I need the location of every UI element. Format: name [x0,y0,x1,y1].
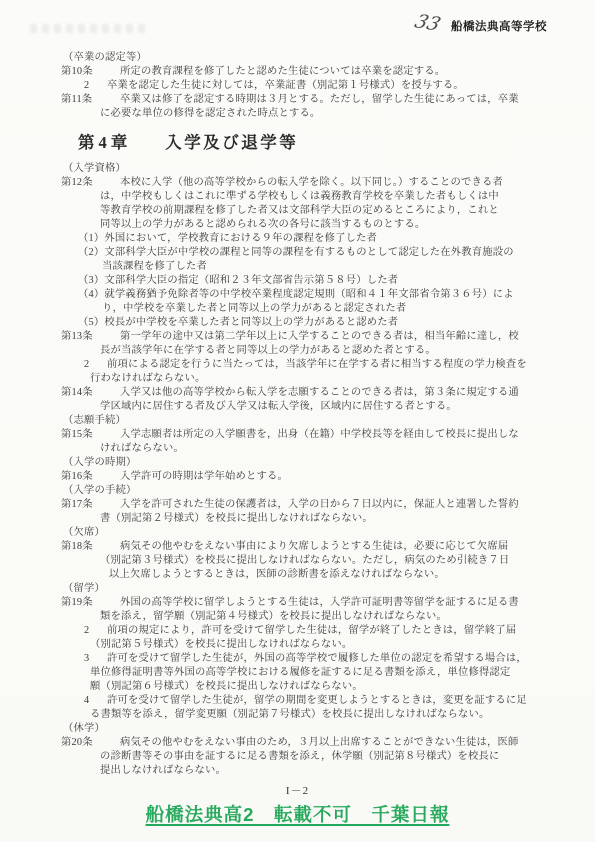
document-line: （4）就学義務猶予免除者等の中学校卒業程度認定規則（昭和４１年文部省令第３６号）… [0,288,595,302]
section-label: （卒業の認定等） [0,51,595,65]
page-number: I－2 [0,785,595,798]
article-number: 第19条 [61,596,120,610]
document-line: に必要な単位の修得を認定された時点とする。 [0,107,595,121]
page-header: 33 船橋法典高等学校 [415,14,547,35]
chapter-number: 第4章 [78,133,131,152]
chapter-title: 入学及び退学等 [165,133,298,152]
article-text: 前項による認定を行うに当たっては，当該学年に在学する者に相当する程度の学力検査を [107,359,527,370]
document-line: 学区域内に居住する者及び入学又は転入学後，区域内に居住する者とする。 [0,400,595,414]
document-line: （3）文部科学大臣の指定（昭和２３年文部省告示第５８号）した者 [0,274,595,288]
document-line: （5）校長が中学校を卒業した者と同等以上の学力があると認めた者 [0,316,595,330]
section-label: （休学） [0,722,595,736]
article-number: 第11条 [61,93,120,107]
document-line: 第18条病気その他やむをえない事由により欠席しようとする生徒は，必要に応じて欠席… [0,540,595,554]
document-line: 書（別記第２号様式）を校長に提出しなければならない。 [0,512,595,526]
document-line: 第11条卒業又は修了を認定する時期は３月とする。ただし，留学した生徒にあっては，… [0,93,595,107]
document-line: 第12条本校に入学（他の高等学校からの転入学を除く。以下同じ。）することのできる… [0,176,595,190]
article-text: 外国の高等学校に留学しようとする生徒は，入学許可証明書等留学を証するに足る書 [120,597,519,608]
document-line: 第17条入学を許可された生徒の保護者は，入学の日から７日以内に，保証人と連署した… [0,498,595,512]
scan-artifact [30,24,148,33]
article-number: 第13条 [61,330,120,344]
article-number: 3 [84,652,107,666]
document-line: り，中学校を卒業した者と同等以上の学力があると認定された者 [0,302,595,316]
article-number: 第10条 [61,65,120,79]
article-number: 4 [84,694,107,708]
document-line: 単位修得証明書等外国の高等学校における履修を証するに足る書類を添え，単位修得認定 [0,666,595,680]
article-text: 病気その他やむをえない事由により欠席しようとする生徒は，必要に応じて欠席届 [120,541,508,552]
article-number: 第14条 [61,386,120,400]
article-text: 卒業を認定した生徒に対しては，卒業証書（別記第１号様式）を授与する。 [107,80,464,91]
document-line: 第14条入学又は他の高等学校から転入学を志願することのできる者は，第３条に規定す… [0,386,595,400]
article-text: 本校に入学（他の高等学校からの転入学を除く。以下同じ。）することのできる者 [120,177,503,188]
article-number: 第18条 [61,540,120,554]
article-number: 2 [84,79,107,93]
document-line: 第15条入学志願者は所定の入学願書を，出身（在籍）中学校長等を経由して校長に提出… [0,428,595,442]
article-number: 2 [84,624,107,638]
article-text: 前項の規定により，許可を受けて留学した生徒は，留学が終了したときは，留学終了届 [107,625,516,636]
document-line: 以上欠席しようとするときは，医師の診断書を添えなければならない。 [0,568,595,582]
article-text: 許可を受けて留学した生徒が，外国の高等学校で履修した単位の認定を希望する場合は， [107,653,527,664]
document-line: 同等以上の学力があると認められる次の各号に該当するものとする。 [0,218,595,232]
article-number: 第16条 [61,470,120,484]
document-line: （2）文部科学大臣が中学校の課程と同等の課程を有するものとして認定した在外教育施… [0,246,595,260]
document-line: ければならない。 [0,442,595,456]
document-line: 2前項の規定により，許可を受けて留学した生徒は，留学が終了したときは，留学終了届 [0,624,595,638]
document-line: 2前項による認定を行うに当たっては，当該学年に在学する者に相当する程度の学力検査… [0,358,595,372]
document-line: 類を添え，留学願（別記第４号様式）を校長に提出しなければならない。 [0,610,595,624]
article-number: 第15条 [61,428,120,442]
article-text: 入学志願者は所定の入学願書を，出身（在籍）中学校長等を経由して校長に提出しな [120,429,519,440]
document-line: （1）外国において，学校教育における９年の課程を修了した者 [0,232,595,246]
document-line: 2卒業を認定した生徒に対しては，卒業証書（別記第１号様式）を授与する。 [0,79,595,93]
document-line: 第20条病気その他やむをえない事由のため，３月以上出席することができない生徒は，… [0,736,595,750]
section-label: （留学） [0,582,595,596]
document-line: 第16条入学許可の時期は学年始めとする。 [0,470,595,484]
article-text: 入学又は他の高等学校から転入学を志願することのできる者は，第３条に規定する通 [120,387,519,398]
document-line: る書類等を添え，留学変更願（別記第７号様式）を校長に提出しなければならない。 [0,708,595,722]
document-line: （別記第３号様式）を校長に提出しなければならない。ただし，病気のため引続き７日 [0,554,595,568]
article-text: 卒業又は修了を認定する時期は３月とする。ただし，留学した生徒にあっては，卒業 [120,94,519,105]
article-number: 2 [84,358,107,372]
document-line: 提出しなければならない。 [0,764,595,778]
document-line: 3許可を受けて留学した生徒が，外国の高等学校で履修した単位の認定を希望する場合は… [0,652,595,666]
document-line: （別記第５号様式）を校長に提出しなければならない。 [0,638,595,652]
article-number: 第20条 [61,736,120,750]
article-text: 許可を受けて留学した生徒が，留学の期間を変更しようとするときは，変更を証するに足 [107,695,527,706]
document-body: （卒業の認定等）第10条所定の教育課程を修了したと認めた生徒については卒業を認定… [0,0,595,778]
article-text: 第一学年の途中又は第二学年以上に入学することのできる者は，相当年齢に達し，校 [120,331,519,342]
section-label: （入学の時期） [0,456,595,470]
document-line: 第13条第一学年の途中又は第二学年以上に入学することのできる者は，相当年齢に達し… [0,330,595,344]
document-page: 33 船橋法典高等学校 （卒業の認定等）第10条所定の教育課程を修了したと認めた… [0,0,595,842]
document-line: の診断書等その事由を証するに足る書類を添え，休学願（別記第８号様式）を校長に [0,750,595,764]
document-line: 4許可を受けて留学した生徒が，留学の期間を変更しようとするときは，変更を証するに… [0,694,595,708]
school-name: 船橋法典高等学校 [451,19,547,35]
section-label: （入学の手続） [0,484,595,498]
article-text: 病気その他やむをえない事由のため，３月以上出席することができない生徒は，医師 [120,737,518,748]
section-label: （欠席） [0,526,595,540]
document-line: 当該課程を修了した者 [0,260,595,274]
watermark-text: 船橋法典高2 転載不可 千葉日報 [0,804,595,826]
document-line: 第10条所定の教育課程を修了したと認めた生徒については卒業を認定する。 [0,65,595,79]
article-text: 所定の教育課程を修了したと認めた生徒については卒業を認定する。 [120,66,445,77]
article-number: 第17条 [61,498,120,512]
document-line: 願（別記第６号様式）を校長に提出しなければならない。 [0,680,595,694]
document-line: 第19条外国の高等学校に留学しようとする生徒は，入学許可証明書等留学を証するに足… [0,596,595,610]
document-line: 長が当該学年に在学する者と同等以上の学力があると認めた者とする。 [0,344,595,358]
chapter-heading: 第4章入学及び退学等 [0,131,595,155]
document-line: 等教育学校の前期課程を修了した者又は文部科学大臣の定めるところにより，これと [0,204,595,218]
article-number: 第12条 [61,176,120,190]
section-label: （入学資格） [0,162,595,176]
article-text: 入学を許可された生徒の保護者は，入学の日から７日以内に，保証人と連署した誓約 [120,499,519,510]
document-line: は，中学校もしくはこれに準ずる学校もしくは義務教育学校を卒業した者もしくは中 [0,190,595,204]
handwritten-page-number: 33 [411,13,443,37]
document-line: 行わなければならない。 [0,372,595,386]
article-text: 入学許可の時期は学年始めとする。 [120,471,288,482]
section-label: （志願手続） [0,414,595,428]
